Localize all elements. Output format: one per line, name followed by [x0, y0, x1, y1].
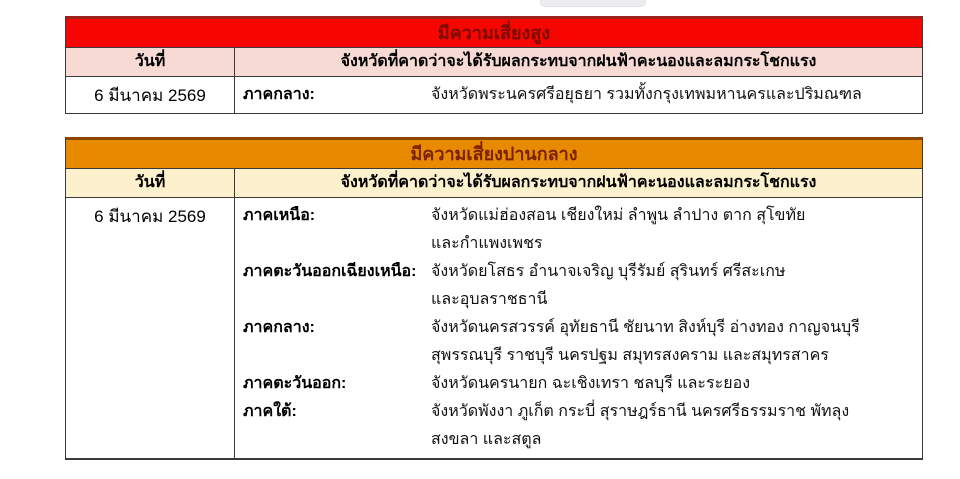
region-label: ภาคกลาง: [243, 314, 431, 342]
medium-risk-table-title: มีความเสี่ยงปานกลาง [66, 140, 922, 169]
region-label: ภาคใต้: [243, 398, 431, 426]
region-label: ภาคตะวันออก: [243, 370, 431, 398]
region-label: ภาคตะวันออกเฉียงเหนือ: [243, 258, 431, 286]
medium-risk-table: มีความเสี่ยงปานกลาง วันที่ จังหวัดที่คาด… [65, 137, 923, 460]
province-line: จังหวัดพังงา ภูเก็ต กระบี่ สุราษฎร์ธานี … [431, 398, 916, 426]
province-list: จังหวัดนครสวรรค์ อุทัยธานี ชัยนาท สิงห์บ… [431, 314, 916, 370]
province-line: สงขลา และสตูล [431, 426, 916, 454]
province-line: และอุบลราชธานี [431, 286, 916, 314]
provinces-cell: ภาคเหนือ:จังหวัดแม่ฮ่องสอน เชียงใหม่ ลำพ… [235, 198, 922, 458]
date-cell: 6 มีนาคม 2569 [66, 77, 235, 113]
region-row: ภาคใต้:จังหวัดพังงา ภูเก็ต กระบี่ สุราษฎ… [243, 398, 916, 454]
province-line: จังหวัดยโสธร อำนาจเจริญ บุรีรัมย์ สุรินท… [431, 258, 916, 286]
document-page: มีความเสี่ยงสูง วันที่ จังหวัดที่คาดว่าจ… [0, 0, 960, 479]
column-header-provinces: จังหวัดที่คาดว่าจะได้รับผลกระทบจากฝนฟ้าค… [235, 48, 922, 76]
region-label: ภาคกลาง: [243, 81, 431, 109]
province-line: และกำแพงเพชร [431, 230, 916, 258]
column-header-provinces: จังหวัดที่คาดว่าจะได้รับผลกระทบจากฝนฟ้าค… [235, 169, 922, 197]
province-list: จังหวัดนครนายก ฉะเชิงเทรา ชลบุรี และระยอ… [431, 370, 916, 398]
province-list: จังหวัดยโสธร อำนาจเจริญ บุรีรัมย์ สุรินท… [431, 258, 916, 314]
scrollbar-remnant [540, 0, 646, 7]
date-cell: 6 มีนาคม 2569 [66, 198, 235, 458]
provinces-cell: ภาคกลาง:จังหวัดพระนครศรีอยุธยา รวมทั้งกร… [235, 77, 922, 113]
province-list: จังหวัดพังงา ภูเก็ต กระบี่ สุราษฎร์ธานี … [431, 398, 916, 454]
high-risk-data-row: 6 มีนาคม 2569 ภาคกลาง:จังหวัดพระนครศรีอย… [66, 77, 922, 113]
region-row: ภาคกลาง:จังหวัดพระนครศรีอยุธยา รวมทั้งกร… [243, 81, 916, 109]
column-header-date: วันที่ [66, 169, 235, 197]
high-risk-table: มีความเสี่ยงสูง วันที่ จังหวัดที่คาดว่าจ… [65, 16, 923, 114]
medium-risk-column-header-row: วันที่ จังหวัดที่คาดว่าจะได้รับผลกระทบจา… [66, 169, 922, 198]
province-list: จังหวัดพระนครศรีอยุธยา รวมทั้งกรุงเทพมหา… [431, 81, 916, 109]
region-row: ภาคกลาง:จังหวัดนครสวรรค์ อุทัยธานี ชัยนา… [243, 314, 916, 370]
high-risk-column-header-row: วันที่ จังหวัดที่คาดว่าจะได้รับผลกระทบจา… [66, 48, 922, 77]
province-line: จังหวัดนครสวรรค์ อุทัยธานี ชัยนาท สิงห์บ… [431, 314, 916, 342]
province-line: จังหวัดพระนครศรีอยุธยา รวมทั้งกรุงเทพมหา… [431, 81, 916, 109]
province-list: จังหวัดแม่ฮ่องสอน เชียงใหม่ ลำพูน ลำปาง … [431, 202, 916, 258]
province-line: สุพรรณบุรี ราชบุรี นครปฐม สมุทรสงคราม แล… [431, 342, 916, 370]
column-header-date: วันที่ [66, 48, 235, 76]
region-row: ภาคตะวันออกเฉียงเหนือ:จังหวัดยโสธร อำนาจ… [243, 258, 916, 314]
province-line: จังหวัดนครนายก ฉะเชิงเทรา ชลบุรี และระยอ… [431, 370, 916, 398]
medium-risk-data-row: 6 มีนาคม 2569 ภาคเหนือ:จังหวัดแม่ฮ่องสอน… [66, 198, 922, 458]
region-label: ภาคเหนือ: [243, 202, 431, 230]
region-row: ภาคตะวันออก:จังหวัดนครนายก ฉะเชิงเทรา ชล… [243, 370, 916, 398]
high-risk-table-title: มีความเสี่ยงสูง [66, 19, 922, 48]
region-row: ภาคเหนือ:จังหวัดแม่ฮ่องสอน เชียงใหม่ ลำพ… [243, 202, 916, 258]
province-line: จังหวัดแม่ฮ่องสอน เชียงใหม่ ลำพูน ลำปาง … [431, 202, 916, 230]
